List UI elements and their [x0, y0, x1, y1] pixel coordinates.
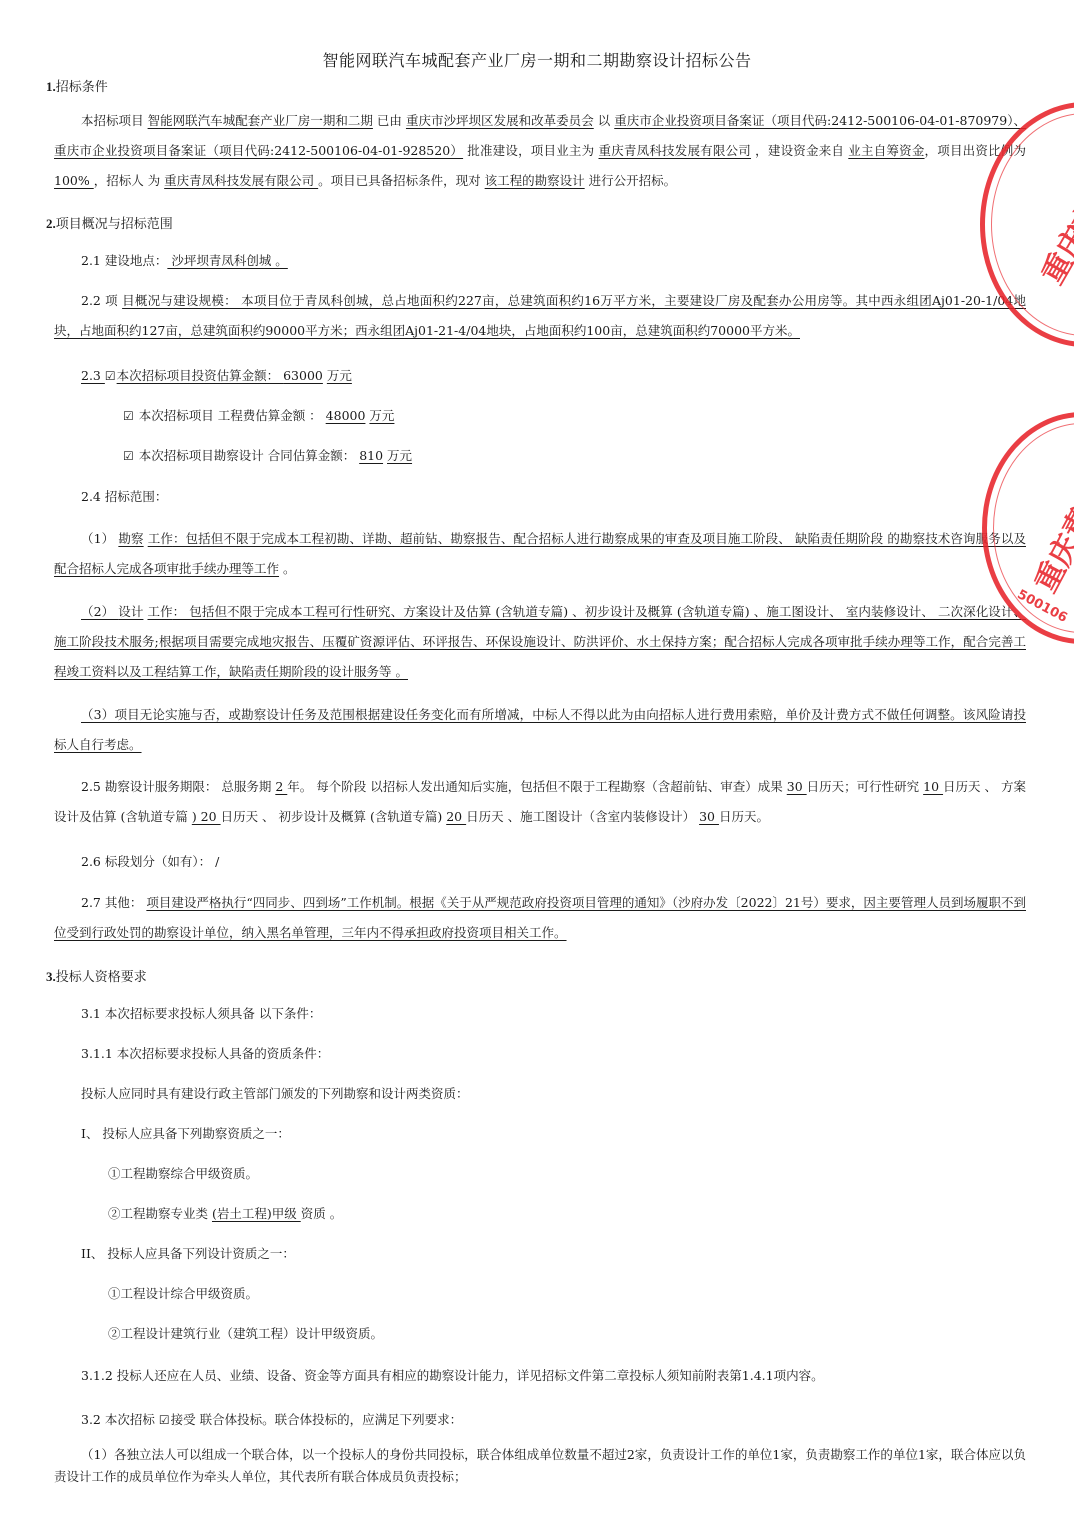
tender-scope: 该工程的勘察设计: [485, 173, 585, 188]
document-page: 智能网联汽车城配套产业厂房一期和二期勘察设计招标公告 1.招标条件 本招标项目 …: [0, 0, 1074, 1520]
design-qualification-heading: II、 投标人应具备下列设计资质之一：: [81, 1244, 295, 1262]
construction-site: 沙坪坝青凤科创城 。: [167, 253, 287, 268]
project-overview: 目概况与建设规模： 本项目位于青凤科创城，总占地面积约227亩，总建筑面积约16…: [54, 293, 1026, 338]
checkbox-checked-icon: ☑: [105, 369, 116, 383]
item-2-6: 2.6 标段划分（如有）： /: [81, 852, 219, 870]
scheme-design-days: ) 20: [192, 809, 221, 824]
survey-qualification-heading: I、 投标人应具备下列勘察资质之一：: [81, 1124, 290, 1142]
item-3-1: 3.1 本次招标要求投标人须具备 以下条件：: [81, 1004, 321, 1022]
item-2-3: 2.3 ☑本次招标项目投资估算金额： 63000 万元: [81, 366, 352, 384]
section-number: 3.: [46, 969, 56, 984]
survey-days: 30: [787, 779, 807, 794]
section-3-heading: 3.投标人资格要求: [46, 966, 147, 985]
item-2-2: 2.2 项 目概况与建设规模： 本项目位于青凤科创城，总占地面积约227亩，总建…: [54, 286, 1026, 346]
total-service-years: 2: [275, 779, 287, 794]
section-title: 投标人资格要求: [56, 970, 147, 985]
consortium-item-1: （1）各独立法人可以组成一个联合体，以一个投标人的身份共同投标，联合体组成单位数…: [54, 1444, 1026, 1488]
section-1-paragraph: 本招标项目 智能网联汽车城配套产业厂房一期和二期 已由 重庆市沙坪坝区发展和改革…: [54, 106, 1026, 196]
section-title: 招标条件: [56, 80, 108, 95]
feasibility-days: 10: [923, 779, 943, 794]
item-2-1: 2.1 建设地点： 沙坪坝青凤科创城 。: [81, 251, 288, 269]
checkbox-checked-icon: ☑: [159, 1413, 170, 1427]
checkbox-checked-icon: ☑: [123, 449, 134, 463]
design-qualification-1: ①工程设计综合甲级资质。: [108, 1284, 258, 1302]
funding-ratio: 100%: [54, 173, 94, 188]
qualification-intro: 投标人应同时具有建设行政主管部门颁发的下列勘察和设计两类资质：: [81, 1084, 469, 1102]
tenderer: 重庆青凤科技发展有限公司: [164, 173, 318, 188]
section-number: 1.: [46, 79, 56, 94]
lot-division: /: [211, 854, 219, 869]
item-3-1-1: 3.1.1 本次招标要求投标人具备的资质条件：: [81, 1044, 329, 1062]
other-requirements: 项目建设严格执行“四同步、四到场”工作机制。根据《关于从严规范政府投资项目管理的…: [54, 895, 1026, 940]
scope-item-survey: （1） 勘察 工作：包括但不限于完成本工程初勘、详勘、超前钻、勘察报告、配合招标…: [54, 524, 1026, 584]
scope-item-design: （2） 设计 工作： 包括但不限于完成本工程可行性研究、方案设计及估算 (含轨道…: [54, 597, 1026, 687]
project-owner: 重庆青凤科技发展有限公司: [599, 143, 751, 158]
preliminary-design-days: 20: [446, 809, 466, 824]
item-2-5: 2.5 勘察设计服务期限： 总服务期 2 年。 每个阶段 以招标人发出通知后实施…: [54, 772, 1026, 832]
investment-estimate: 63000: [283, 368, 323, 383]
construction-drawing-days: 30: [699, 809, 719, 824]
checkbox-checked-icon: ☑: [123, 409, 134, 423]
design-qualification-2: ②工程设计建筑行业（建筑工程）设计甲级资质。: [108, 1324, 383, 1342]
section-2-heading: 2.项目概况与招标范围: [46, 213, 173, 232]
section-title: 项目概况与招标范围: [56, 217, 173, 232]
scope-item-adjustment: （3）项目无论实施与否，或勘察设计任务及范围根据建设任务变化而有所增减，中标人不…: [54, 700, 1026, 760]
engineering-cost-line: ☑ 本次招标项目 工程费估算金额 ： 48000 万元: [123, 406, 394, 424]
fund-source: 业主自筹资金: [848, 143, 924, 158]
document-title: 智能网联汽车城配套产业厂房一期和二期勘察设计招标公告: [0, 48, 1074, 71]
section-1-heading: 1.招标条件: [46, 76, 108, 95]
section-number: 2.: [46, 216, 56, 231]
approver: 重庆市沙坪坝区发展和改革委员会: [406, 113, 594, 128]
survey-specialty: (岩土工程)甲级: [212, 1206, 301, 1221]
item-2-7: 2.7 其他： 项目建设严格执行“四同步、四到场”工作机制。根据《关于从严规范政…: [54, 888, 1026, 948]
survey-qualification-1: ①工程勘察综合甲级资质。: [108, 1164, 258, 1182]
design-contract-estimate: 810: [359, 448, 383, 463]
item-3-2: 3.2 本次招标 ☑接受 联合体投标。联合体投标的，应满足下列要求：: [81, 1410, 462, 1428]
engineering-cost-estimate: 48000: [326, 408, 366, 423]
item-2-4: 2.4 招标范围：: [81, 487, 167, 505]
item-3-1-2: 3.1.2 投标人还应在人员、业绩、设备、资金等方面具有相应的勘察设计能力，详见…: [81, 1366, 824, 1384]
project-name: 智能网联汽车城配套产业厂房一期和二期: [148, 113, 373, 128]
survey-qualification-2: ②工程勘察专业类 (岩土工程)甲级 资质 。: [108, 1204, 342, 1222]
design-contract-line: ☑ 本次招标项目勘察设计 合同估算金额： 810 万元: [123, 446, 412, 464]
